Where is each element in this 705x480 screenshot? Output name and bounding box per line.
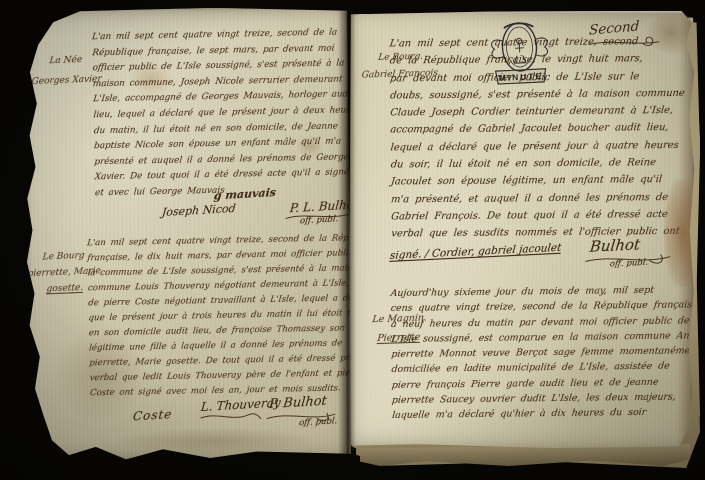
signature-flourish xyxy=(199,410,263,422)
handwriting-line: Jacoulet son épouse légitime, un enfant … xyxy=(390,171,692,191)
officier-public-note: off. publ. xyxy=(299,214,338,226)
handwriting-line: laquelle m'a déclaré qu'hier à dix heure… xyxy=(391,405,693,424)
minute-stamp: MINUTE xyxy=(479,12,561,100)
birth-record-georges-xavier: L'an mil sept cent quatre vingt treize, … xyxy=(92,25,347,201)
stain xyxy=(119,427,309,454)
signature-line-cordier-jacoulet: signé. / Cordier, gabriel jacoulet xyxy=(389,242,562,262)
gutter-shadow xyxy=(338,10,356,454)
torn-edge-shading xyxy=(13,9,33,461)
signature-mauvais: g mauvais xyxy=(213,186,276,203)
register-scan: La NéeGeorges Xavier L'an mil sept cent … xyxy=(0,0,705,480)
signature-joseph-nicod: Joseph Nicod xyxy=(161,202,236,219)
officier-public-note: off. publ. xyxy=(299,416,338,428)
right-page: Second MINUTE Le Bourg.Gabriel François.… xyxy=(347,9,695,451)
left-page: La NéeGeorges Xavier L'an mil sept cent … xyxy=(13,7,351,461)
handwriting-line: verbal que les susdits nommés et l'offic… xyxy=(390,223,692,243)
signature-coste: Coste xyxy=(132,407,173,423)
birth-record-pierrette-marie-gosette: L'an mil sept cent quatre vingt treize, … xyxy=(87,231,352,401)
officier-public-note: off. publ. xyxy=(609,258,648,270)
birth-record-magnin-pierrette: Aujourd'huy sixieme jour du mois de may,… xyxy=(391,282,693,423)
stamp-banner-label: MINUTE xyxy=(498,71,543,83)
